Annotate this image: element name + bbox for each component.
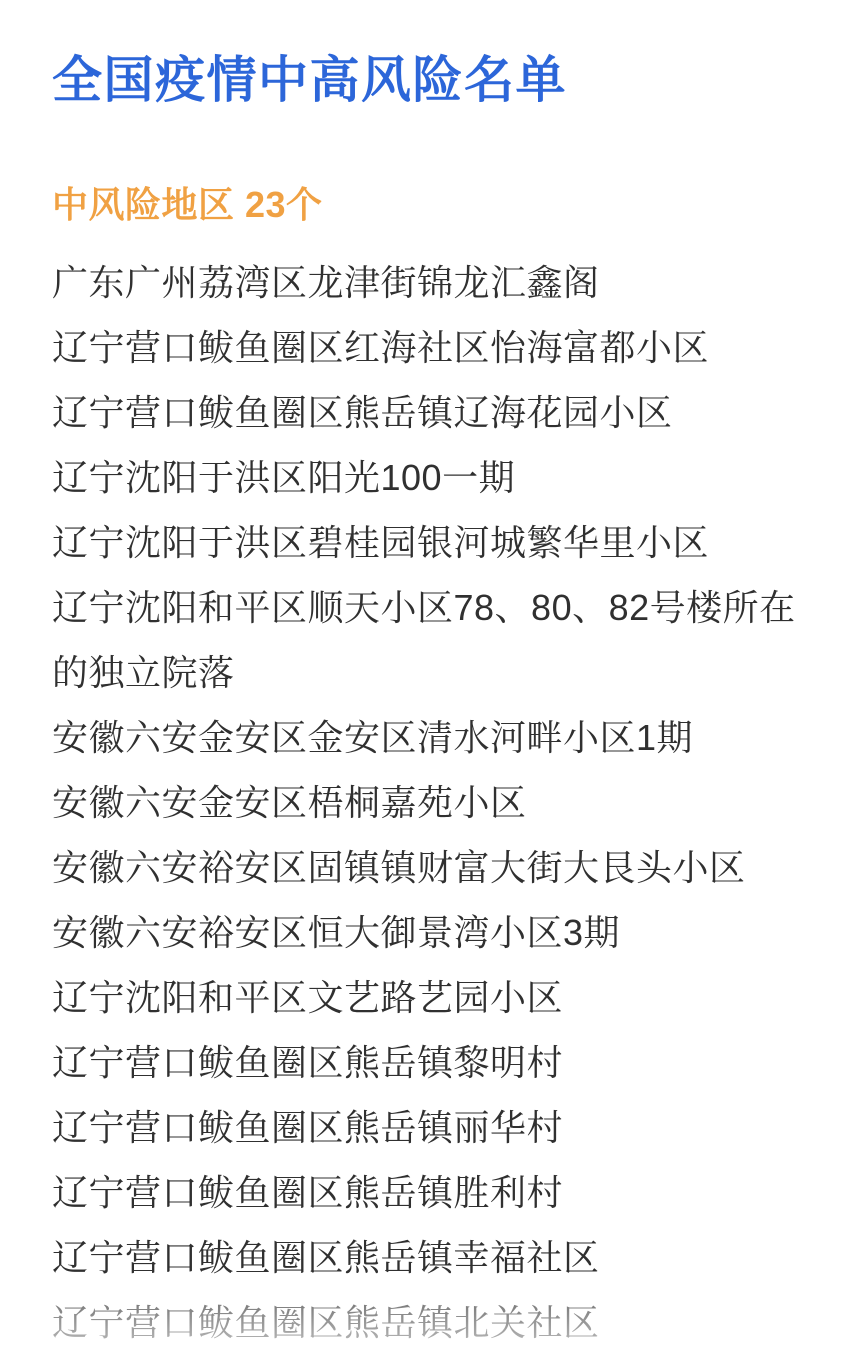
risk-area-item: 辽宁沈阳和平区顺天小区78、80、82号楼所在的独立院落 [52, 575, 808, 705]
risk-area-item: 安徽六安裕安区固镇镇财富大街大艮头小区 [52, 835, 808, 900]
risk-area-item: 安徽六安金安区金安区清水河畔小区1期 [52, 705, 808, 770]
page-title: 全国疫情中高风险名单 [52, 52, 808, 108]
risk-area-item: 辽宁营口鲅鱼圈区熊岳镇辽海花园小区 [52, 380, 808, 445]
risk-area-item: 安徽六安金安区梧桐嘉苑小区 [52, 770, 808, 835]
medium-risk-section-heading: 中风险地区 23个 [52, 185, 808, 225]
article-content: 全国疫情中高风险名单 中风险地区 23个 广东广州荔湾区龙津街锦龙汇鑫阁 辽宁营… [0, 0, 844, 1355]
risk-area-item: 辽宁营口鲅鱼圈区熊岳镇黎明村 [52, 1030, 808, 1095]
risk-area-item: 辽宁营口鲅鱼圈区熊岳镇幸福社区 [52, 1225, 808, 1290]
risk-area-item-truncated: 辽宁营口鲅鱼圈区熊岳镇北关社区 [52, 1290, 808, 1355]
risk-area-item: 安徽六安裕安区恒大御景湾小区3期 [52, 900, 808, 965]
risk-area-item: 辽宁营口鲅鱼圈区红海社区怡海富都小区 [52, 315, 808, 380]
risk-area-item: 辽宁营口鲅鱼圈区熊岳镇丽华村 [52, 1095, 808, 1160]
risk-area-item: 辽宁营口鲅鱼圈区熊岳镇胜利村 [52, 1160, 808, 1225]
risk-area-item: 辽宁沈阳于洪区阳光100一期 [52, 445, 808, 510]
article-page: 全国疫情中高风险名单 中风险地区 23个 广东广州荔湾区龙津街锦龙汇鑫阁 辽宁营… [0, 0, 844, 1372]
risk-area-item: 辽宁沈阳于洪区碧桂园银河城繁华里小区 [52, 510, 808, 575]
risk-area-item: 辽宁沈阳和平区文艺路艺园小区 [52, 965, 808, 1030]
risk-area-item: 广东广州荔湾区龙津街锦龙汇鑫阁 [52, 250, 808, 315]
medium-risk-list: 广东广州荔湾区龙津街锦龙汇鑫阁 辽宁营口鲅鱼圈区红海社区怡海富都小区 辽宁营口鲅… [52, 250, 808, 1355]
